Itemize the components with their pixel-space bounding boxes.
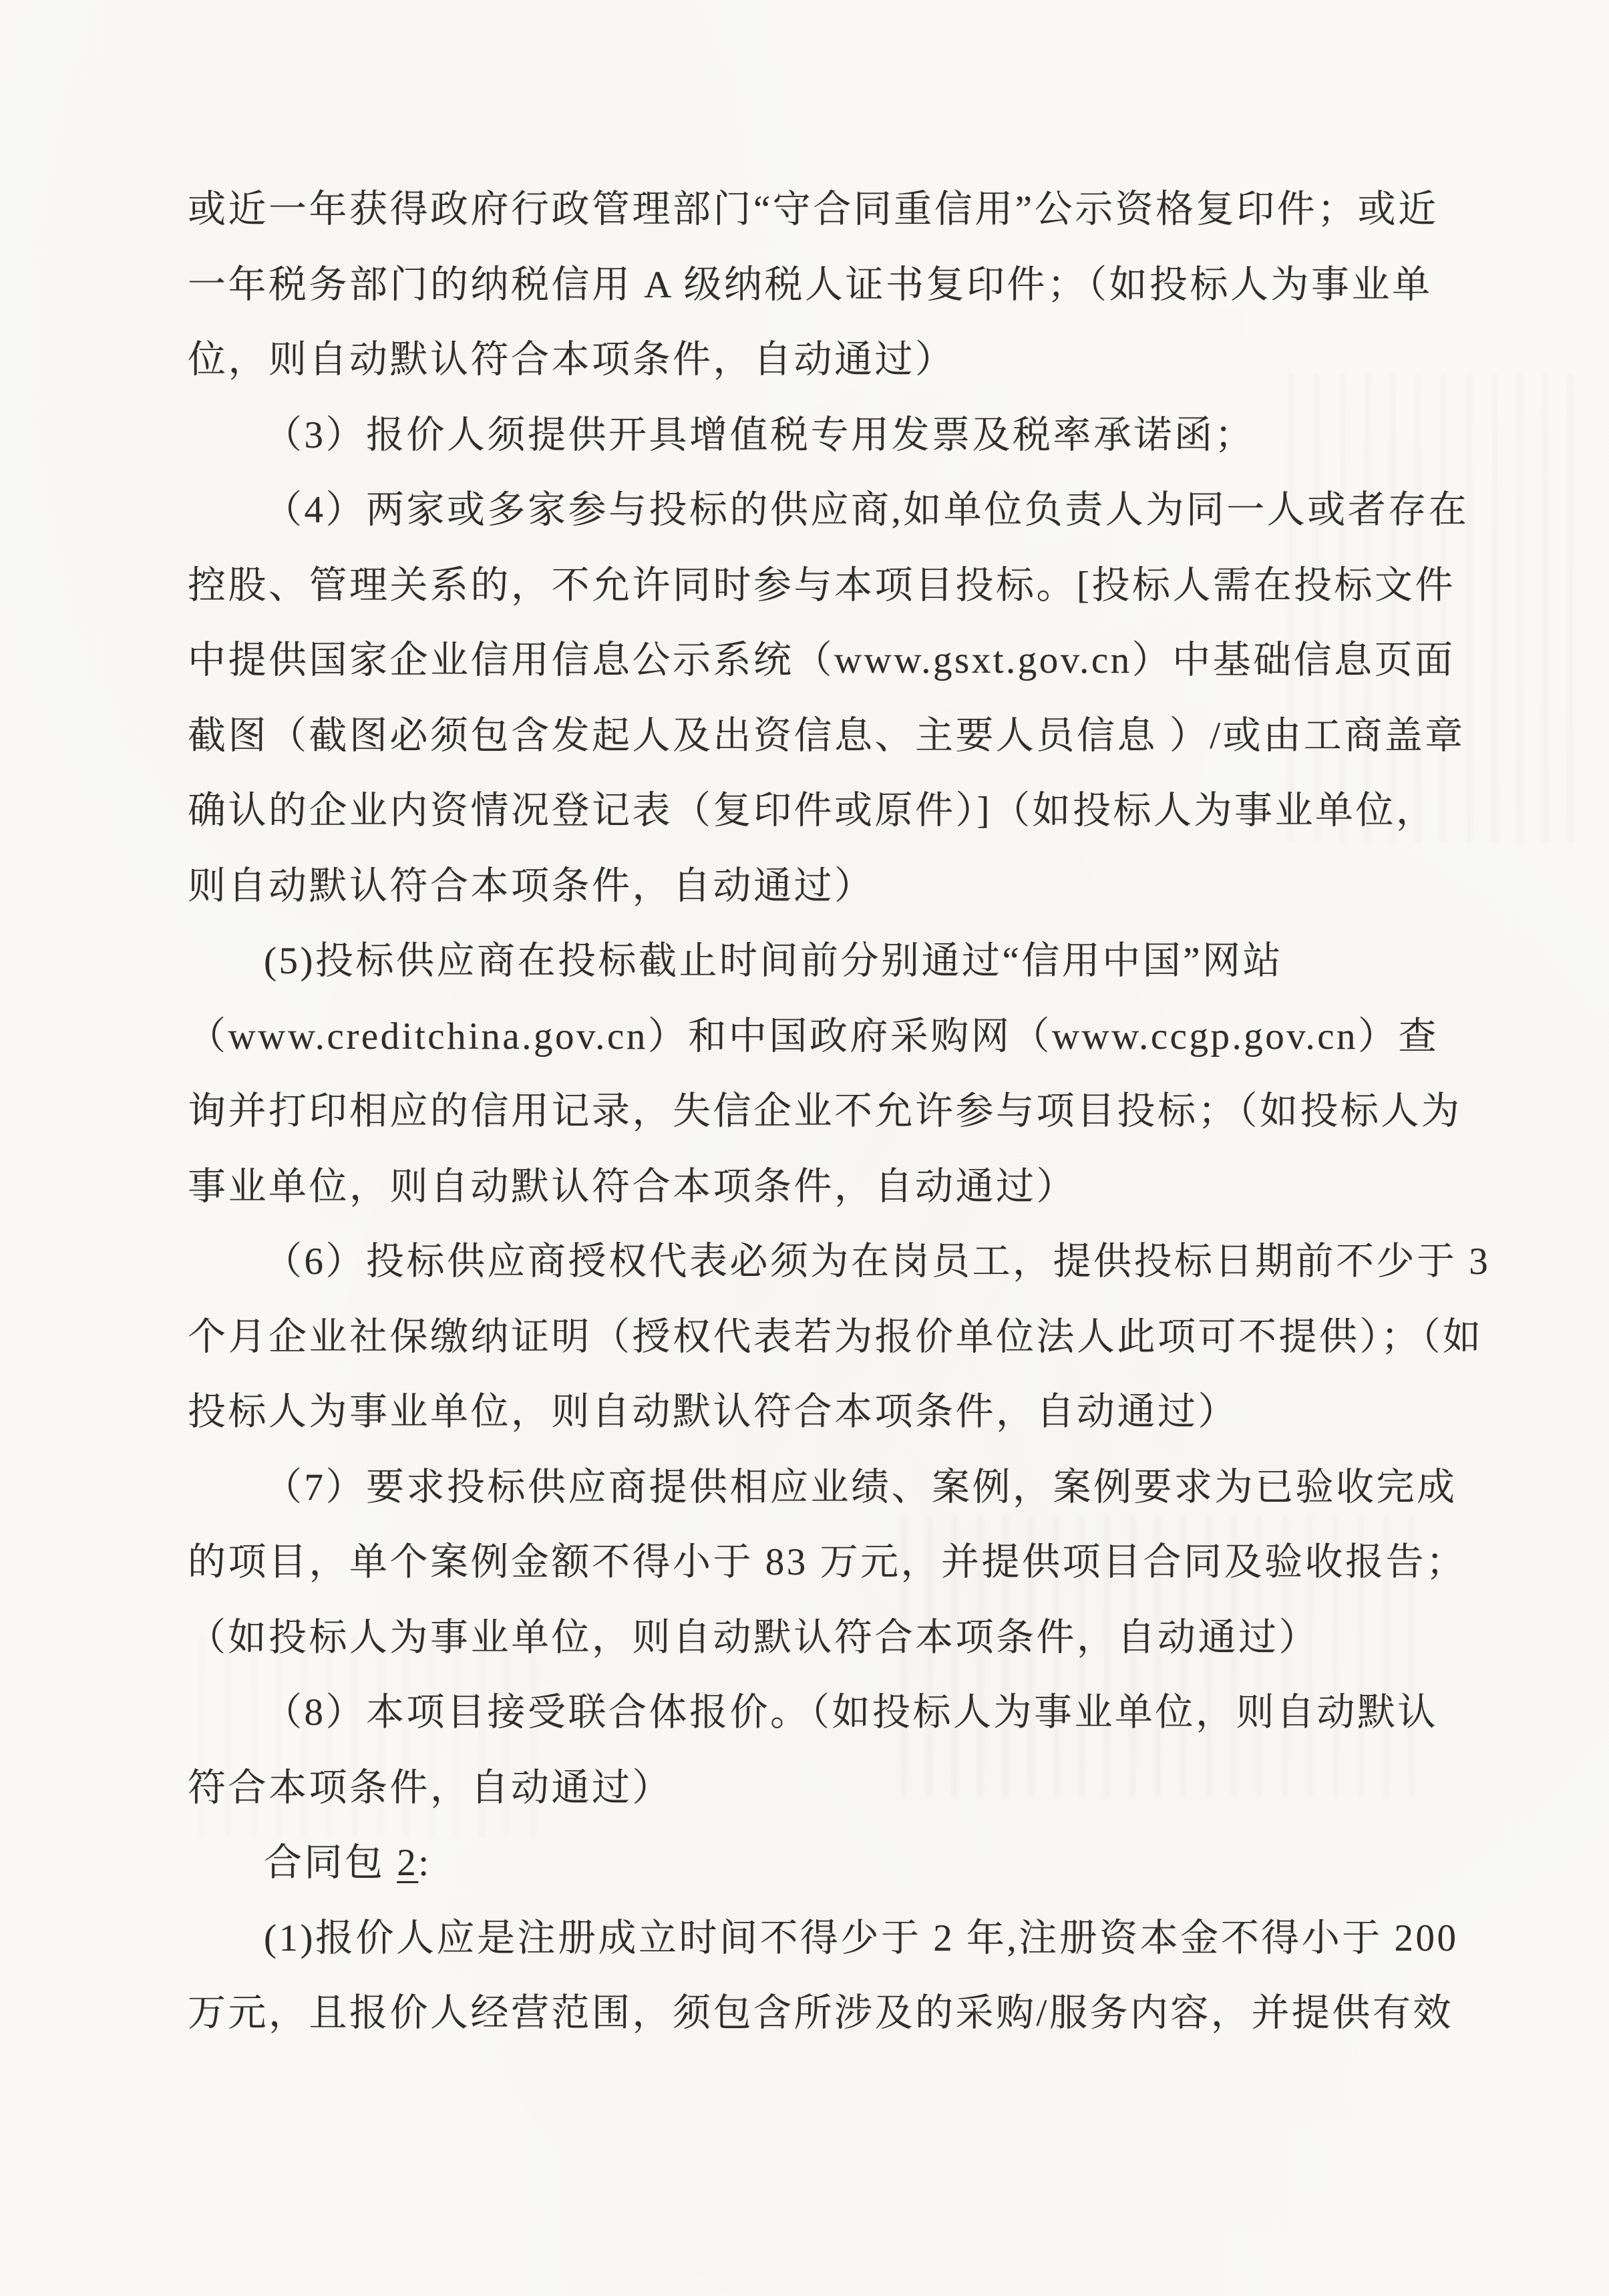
text-line: 中提供国家企业信用信息公示系统（www.gsxt.gov.cn）中基础信息页面 — [188, 623, 1433, 699]
text-line: （7）要求投标供应商提供相应业绩、案例，案例要求为已验收完成 — [188, 1450, 1433, 1526]
text-line: 一年税务部门的纳税信用 A 级纳税人证书复印件；（如投标人为事业单 — [188, 248, 1433, 323]
text-line: 询并打印相应的信用记录，失信企业不允许参与项目投标；（如投标人为 — [188, 1074, 1433, 1150]
text-segment: 合同包 — [264, 1842, 397, 1884]
text-line: (1)报价人应是注册成立时间不得少于 2 年,注册资本金不得小于 200 — [188, 1901, 1433, 1977]
text-line: (5)投标供应商在投标截止时间前分别通过“信用中国”网站 — [188, 924, 1433, 999]
text-line: 控股、管理关系的，不允许同时参与本项目投标。[投标人需在投标文件 — [188, 548, 1433, 624]
text-line: （www.creditchina.gov.cn）和中国政府采购网（www.ccg… — [188, 999, 1433, 1075]
text-line: （8）本项目接受联合体报价。（如投标人为事业单位，则自动默认 — [188, 1675, 1433, 1751]
text-segment: （www.creditchina.gov.cn）和中国政府采购网（www.ccg… — [188, 1015, 1439, 1057]
text-segment: （3）报价人须提供开具增值税专用发票及税率承诺函； — [264, 414, 1255, 456]
text-line: 投标人为事业单位，则自动默认符合本项条件，自动通过） — [188, 1375, 1433, 1450]
text-segment: (5)投标供应商在投标截止时间前分别通过“信用中国”网站 — [264, 940, 1283, 982]
text-segment: 询并打印相应的信用记录，失信企业不允许参与项目投标；（如投标人为 — [188, 1090, 1462, 1132]
text-segment: 万元，且报价人经营范围，须包含所涉及的采购/服务内容，并提供有效 — [188, 1992, 1453, 2034]
text-line: （4）两家或多家参与投标的供应商,如单位负责人为同一人或者存在 — [188, 473, 1433, 548]
text-segment: 则自动默认符合本项条件，自动通过） — [188, 865, 875, 907]
text-segment: （8）本项目接受联合体报价。（如投标人为事业单位，则自动默认 — [264, 1691, 1438, 1734]
text-segment: 位，则自动默认符合本项条件，自动通过） — [188, 339, 956, 381]
document-lines: 或近一年获得政府行政管理部门“守合同重信用”公示资格复印件；或近一年税务部门的纳… — [188, 172, 1433, 2052]
text-line: 的项目，单个案例金额不得小于 83 万元，并提供项目合同及验收报告； — [188, 1525, 1433, 1601]
underlined-number: 2 — [397, 1842, 418, 1884]
text-line: 万元，且报价人经营范围，须包含所涉及的采购/服务内容，并提供有效 — [188, 1976, 1433, 2052]
text-segment: 截图（截图必须包含发起人及出资信息、主要人员信息 ）/或由工商盖章 — [188, 715, 1465, 757]
text-line: 截图（截图必须包含发起人及出资信息、主要人员信息 ）/或由工商盖章 — [188, 699, 1433, 774]
text-line: 位，则自动默认符合本项条件，自动通过） — [188, 323, 1433, 398]
text-segment: 确认的企业内资情况登记表（复印件或原件）]（如投标人为事业单位， — [188, 790, 1436, 832]
text-line: 事业单位，则自动默认符合本项条件，自动通过） — [188, 1150, 1433, 1225]
text-segment: 控股、管理关系的，不允许同时参与本项目投标。[投标人需在投标文件 — [188, 564, 1455, 607]
text-line: 或近一年获得政府行政管理部门“守合同重信用”公示资格复印件；或近 — [188, 172, 1433, 248]
text-segment: （4）两家或多家参与投标的供应商,如单位负责人为同一人或者存在 — [264, 489, 1469, 531]
text-line: 则自动默认符合本项条件，自动通过） — [188, 849, 1433, 925]
text-line: 符合本项条件，自动通过） — [188, 1751, 1433, 1826]
text-line: （如投标人为事业单位，则自动默认符合本项条件，自动通过） — [188, 1601, 1433, 1676]
text-segment: 或近一年获得政府行政管理部门“守合同重信用”公示资格复印件；或近 — [188, 188, 1439, 230]
text-segment: 符合本项条件，自动通过） — [188, 1767, 673, 1809]
text-segment: 事业单位，则自动默认符合本项条件，自动通过） — [188, 1166, 1077, 1208]
text-line: （6）投标供应商授权代表必须为在岗员工，提供投标日期前不少于 3 — [188, 1224, 1433, 1300]
text-segment: 个月企业社保缴纳证明（授权代表若为报价单位法人此项可不提供）；（如 — [188, 1316, 1483, 1358]
text-segment: 中提供国家企业信用信息公示系统（www.gsxt.gov.cn）中基础信息页面 — [188, 639, 1455, 681]
text-segment: （6）投标供应商授权代表必须为在岗员工，提供投标日期前不少于 3 — [264, 1241, 1490, 1283]
document-page: 或近一年获得政府行政管理部门“守合同重信用”公示资格复印件；或近一年税务部门的纳… — [0, 0, 1609, 2296]
text-segment: : — [418, 1842, 431, 1884]
text-segment: 的项目，单个案例金额不得小于 83 万元，并提供项目合同及验收报告； — [188, 1541, 1467, 1583]
text-line: 确认的企业内资情况登记表（复印件或原件）]（如投标人为事业单位， — [188, 774, 1433, 849]
text-segment: （7）要求投标供应商提供相应业绩、案例，案例要求为已验收完成 — [264, 1466, 1457, 1508]
text-segment: (1)报价人应是注册成立时间不得少于 2 年,注册资本金不得小于 200 — [264, 1917, 1458, 1959]
text-line: 个月企业社保缴纳证明（授权代表若为报价单位法人此项可不提供）；（如 — [188, 1300, 1433, 1375]
text-segment: 一年税务部门的纳税信用 A 级纳税人证书复印件；（如投标人为事业单 — [188, 264, 1433, 306]
text-line: 合同包 2: — [188, 1826, 1433, 1901]
text-segment: 投标人为事业单位，则自动默认符合本项条件，自动通过） — [188, 1391, 1238, 1433]
text-line: （3）报价人须提供开具增值税专用发票及税率承诺函； — [188, 398, 1433, 474]
text-segment: （如投标人为事业单位，则自动默认符合本项条件，自动通过） — [188, 1617, 1319, 1659]
